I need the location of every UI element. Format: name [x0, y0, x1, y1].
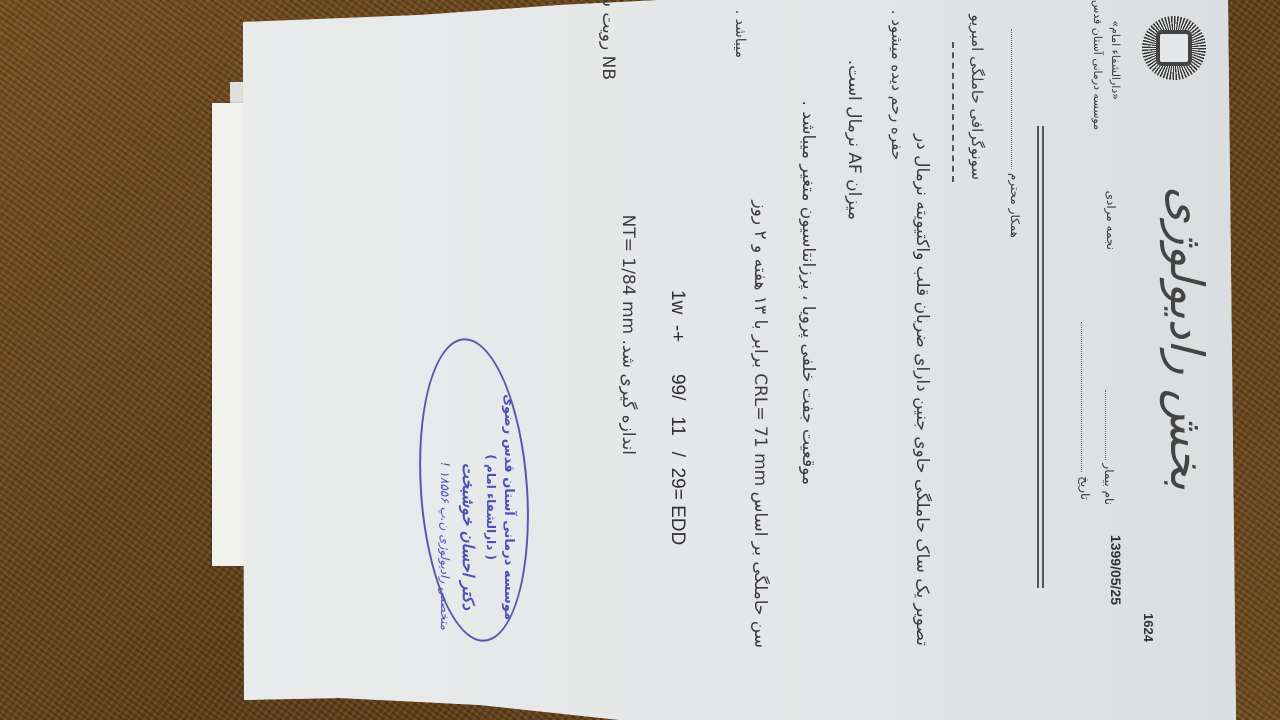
- stamp-line-1: موسسه درمانی آستان قدس رضوی: [501, 394, 516, 620]
- report-title-underline: [952, 42, 954, 182]
- report-line-3: میزان AF نرمال است.: [844, 60, 864, 220]
- header-divider: [1037, 126, 1044, 588]
- colleague-label: همکار محترم: [1008, 173, 1022, 238]
- stamp-line-3: دکتر احسان خوشبخت: [459, 463, 478, 610]
- patient-name-label-text: نام بیمار: [1102, 463, 1116, 505]
- report-line-1: تصویر یک ساک حاملگی حاوی جنین دارای ضربا…: [912, 134, 932, 646]
- patient-name-label: نام بیمار: [1102, 390, 1116, 505]
- report-title: سونوگرافی حاملگی امبریو: [968, 14, 986, 180]
- date-label: تاریخ: [1078, 322, 1092, 500]
- report-line-4: موقعیت جفت خلفی پرویا ، پرزانتاسیون متغی…: [798, 101, 818, 485]
- date-dotted-line: [1081, 322, 1082, 472]
- edd-line: 1w -+ 99/ 11 / 29= EDD: [666, 290, 688, 545]
- nb-line: NB رویت شد: [598, 0, 618, 80]
- institution-name: موسسه درمانی آستان قدس رضوی: [1091, 0, 1104, 130]
- date-label-text: تاریخ: [1078, 476, 1092, 500]
- nt-line: اندازه گیری شد. NT= 1/84 mm: [618, 215, 638, 455]
- hospital-logo-icon: [1142, 16, 1206, 80]
- patient-name-value: نجمه مرادی: [1104, 191, 1118, 250]
- department-title: بخش رادیولوژی: [1160, 186, 1214, 490]
- patient-name-dotted-line: [1105, 390, 1106, 460]
- stamp-line-4: متخصص رادیولوژی ن.پ ۱۸۵۵۶ !: [438, 462, 452, 630]
- stamp-line-2: ( دارالشفاء امام ): [484, 454, 498, 560]
- report-line-2: حفره رحم دیده میشود .: [888, 10, 906, 160]
- radiology-report-page: «دارالشفاء امام» موسسه درمانی آستان قدس …: [238, 0, 1228, 720]
- serial-number: 1624: [1141, 613, 1156, 642]
- hospital-name: «دارالشفاء امام»: [1109, 20, 1122, 100]
- report-line-5: سن حاملگی بر اساس CRL= 71 mm برابر با ۱۳…: [750, 200, 770, 648]
- colleague-dotted-line: [1011, 29, 1012, 169]
- report-line-6: میباشد .: [732, 10, 748, 58]
- date-value: 1399/05/25: [1108, 535, 1124, 605]
- colleague-salutation: همکار محترم: [1008, 29, 1022, 238]
